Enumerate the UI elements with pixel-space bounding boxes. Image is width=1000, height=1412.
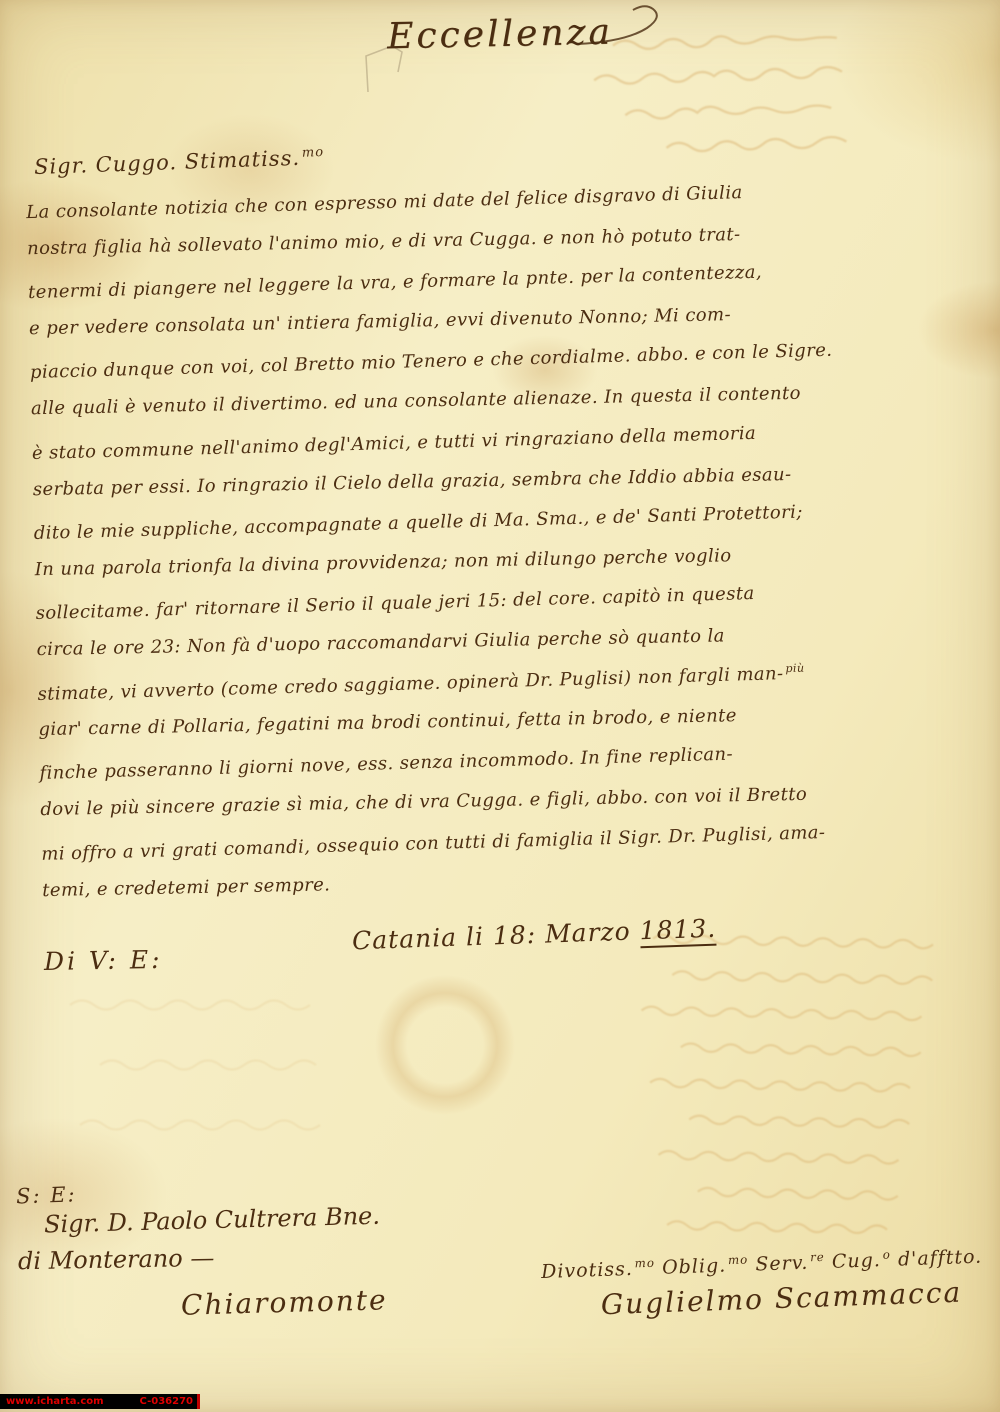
sig-sup: mo	[728, 1252, 749, 1267]
signature-block: Divotiss.mo Oblig.mo Serv.re Cug.o d'aff…	[541, 1252, 982, 1316]
valediction: Di V: E:	[44, 945, 163, 976]
archive-watermark-bar: www.icharta.com C-036270	[0, 1394, 200, 1409]
letter-scan-page: { "letter": { "header": "Eccellenza", "s…	[0, 0, 1000, 1412]
sig-divotiss: Divotiss.	[541, 1258, 633, 1283]
sig-cug: Cug.	[824, 1249, 881, 1273]
recipient-address: S: E: Sigr. D. Paolo Cultrera Bne. di Mo…	[16, 1178, 388, 1319]
address-place: Chiaromonte	[181, 1283, 388, 1321]
date-year: 1813.	[639, 914, 717, 949]
letter-body: La consolante notizia che con espresso m…	[26, 177, 1000, 921]
watermark-site: www.icharta.com	[6, 1396, 104, 1407]
salutation-superscript: mo	[302, 145, 325, 161]
sig-sup: mo	[634, 1256, 655, 1271]
address-name: Sigr. D. Paolo Cultrera Bne.	[44, 1202, 388, 1239]
watermark-code: C-036270	[140, 1396, 193, 1407]
sig-sup: o	[882, 1247, 891, 1261]
sig-serv: Serv.	[748, 1252, 809, 1276]
header-flourish	[575, 2, 665, 48]
sig-sup: re	[810, 1250, 825, 1265]
address-title: di Monterano —	[18, 1241, 388, 1275]
sig-affetto: d'afftto.	[890, 1246, 982, 1271]
piu-superscript: più	[785, 662, 804, 676]
sig-oblig: Oblig.	[654, 1255, 726, 1279]
